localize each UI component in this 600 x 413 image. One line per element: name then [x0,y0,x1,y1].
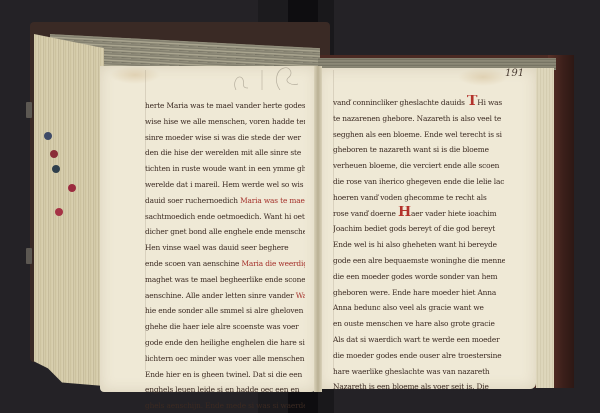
text-line: hoeren vanď voden ghecomme te recht als [333,190,505,206]
stain [458,68,508,86]
line-text: die moeder godes ende ouser alre troeste… [333,351,501,360]
text-line: hie ende sonder alle smmel si alre ghelo… [145,303,305,319]
rubric-text: Maria die weerdige [241,259,305,268]
line-text: segghen als een bloeme. Ende wel terecht… [333,130,502,139]
page-marker-tab [50,150,58,158]
line-text: hare waerlike gheslachte was van nazaret… [333,367,490,376]
text-line: herte Maria was te mael vander herte god… [145,98,305,114]
line-text: Anna bedunc also veel als gracie want we [333,303,484,312]
line-text: Hen vinse wael was dauid seer beghere [145,243,289,252]
line-text: enghels leuen leide si en hadde oec een … [145,385,299,394]
page-marker-tab [68,184,76,192]
line-text: werelde dat i mareil. Hem werde wel so w… [145,180,303,189]
text-line: ende scoen van aenschine Maria die weerd… [145,256,305,272]
text-line: rose vanď doerne Haer vader hiete ioachi… [333,206,505,222]
text-line: enghels leuen leide si en hadde oec een … [145,382,305,398]
text-line: Joachim bediet gods bereyt of die god be… [333,221,505,237]
line-text: wise hise we alle menschen, voren hadde … [145,117,305,126]
text-line: segghen als een bloeme. Ende wel terecht… [333,127,505,143]
line-text: rose vanď doerne [333,209,396,218]
text-line: sachtmoedich ende oetmoedich. Want hi oe… [145,209,305,225]
line-text: maghet was te mael begheerlike ende scon… [145,275,305,284]
line-text: tichten in ruste woude want in een ymme … [145,164,305,173]
line-text: Ende wel is hi also gheheten want hi ber… [333,240,497,249]
line-text: gode ende den heilighe enghelen die hare… [145,338,305,347]
text-line: hare waerlike gheslachte was van nazaret… [333,364,505,380]
line-text: Nazareth is een bloeme als voer seit is.… [333,382,489,391]
right-page-text: vanď connincliker gheslachte dauids THi … [333,95,505,395]
text-line: en ouste menschen ve hare also grote gra… [333,316,505,332]
text-line: gode ende den heilighe enghelen die hare… [145,335,305,351]
red-initial: H [398,206,411,220]
text-line: werelde dat i mareil. Hem werde wel so w… [145,177,305,193]
text-line: aenschine. Alle ander letten sinre vande… [145,288,305,304]
text-line: die een moeder godes worde sonder van he… [333,269,505,285]
line-text: aenschine. Alle ander letten sinre vande… [145,291,294,300]
line-text: ghehe die haer iele alre scoenste was vo… [145,322,299,331]
page-marker-tab [52,165,60,173]
text-line: die rose van iherico ghegeven ende die l… [333,174,505,190]
line-text: die rose van iherico ghegeven ende die l… [333,177,504,186]
rubric-text: Want [296,291,305,300]
text-line: ghels aenschijn. Ende mede si was si wae… [145,398,305,413]
text-line: wise hise we alle menschen, voren hadde … [145,114,305,130]
line-text: sachtmoedich ende oetmoedich. Want hi oe… [145,212,305,221]
line-text: Ende hier en is gheen twinel. Dat si die… [145,370,302,379]
clasp-top [26,102,32,118]
line-text: Joachim bediet gods bereyt of die god be… [333,224,495,233]
text-line: sinre moeder wise si was die stede der w… [145,130,305,146]
text-line: Nazareth is een bloeme als voer seit is.… [333,379,505,395]
text-line: dicher gnet bond alle enghele ende mensc… [145,224,305,240]
page-marker-tab [55,208,63,216]
line-text: Als dat si waerdich wart te werde een mo… [333,335,499,344]
text-line: te nazarenen ghebore. Nazareth is also v… [333,111,505,127]
line-text: aer vader hiete ioachim [411,209,496,218]
text-line: Hen vinse wael was dauid seer beghere [145,240,305,256]
folio-number: 191 [505,68,524,79]
text-line: gheboren were. Ende hare moeder hiet Ann… [333,285,505,301]
line-text: dauid soer ruchernoedich [145,196,238,205]
page-stack-right [536,68,554,388]
line-text: gheboren were. Ende hare moeder hiet Ann… [333,288,496,297]
line-text: te nazarenen ghebore. Nazareth is also v… [333,114,501,123]
text-line: maghet was te mael begheerlike ende scon… [145,272,305,288]
text-line: vanď connincliker gheslachte dauids THi … [333,95,505,111]
stain [110,66,160,84]
line-text: ende scoen van aenschine [145,259,239,268]
line-text: gode een alre bequaemste woninghe die me… [333,256,505,265]
red-initial: T [467,95,477,109]
text-line: dauid soer ruchernoedich Maria was te ma… [145,193,305,209]
text-line: verheuen bloeme, die verciert ende alle … [333,158,505,174]
line-text: dicher gnet bond alle enghele ende mensc… [145,227,305,236]
text-line: tichten in ruste woude want in een ymme … [145,161,305,177]
clasp-bottom [26,248,32,264]
line-text: vanď connincliker gheslachte dauids [333,98,465,107]
line-text: herte Maria was te mael vander herte god… [145,101,305,110]
left-page-text: herte Maria was te mael vander herte god… [145,98,305,413]
line-text: sinre moeder wise si was die stede der w… [145,133,301,142]
line-text: die een moeder godes worde sonder van he… [333,272,497,281]
text-line: den die hise der werelden mit alle sinre… [145,145,305,161]
line-text: hoeren vanď voden ghecomme te recht als [333,193,487,202]
line-text: den die hise der werelden mit alle sinre… [145,148,301,157]
text-line: gheboren te nazareth want si is die bloe… [333,142,505,158]
line-text: Hi was [477,98,502,107]
marginal-sketch [228,64,312,90]
text-line: die moeder godes ende ouser alre troeste… [333,348,505,364]
line-text: lichtern oec minder was voer alle mensch… [145,354,304,363]
text-line: Ende wel is hi also gheheten want hi ber… [333,237,505,253]
line-text: ghels aenschijn. Ende mede si was si wae… [145,401,305,410]
text-line: Anna bedunc also veel als gracie want we [333,300,505,316]
text-line: Als dat si waerdich wart te werde een mo… [333,332,505,348]
page-marker-tab [44,132,52,140]
line-text: en ouste menschen ve hare also grote gra… [333,319,495,328]
line-text: verheuen bloeme, die verciert ende alle … [333,161,499,170]
text-line: ghehe die haer iele alre scoenste was vo… [145,319,305,335]
text-line: gode een alre bequaemste woninghe die me… [333,253,505,269]
rubric-text: Maria was te mael [240,196,305,205]
text-line: lichtern oec minder was voer alle mensch… [145,351,305,367]
line-text: hie ende sonder alle smmel si alre ghelo… [145,306,303,315]
line-text: gheboren te nazareth want si is die bloe… [333,145,489,154]
text-line: Ende hier en is gheen twinel. Dat si die… [145,367,305,383]
gutter [314,66,322,392]
fore-edge-left [34,34,104,386]
